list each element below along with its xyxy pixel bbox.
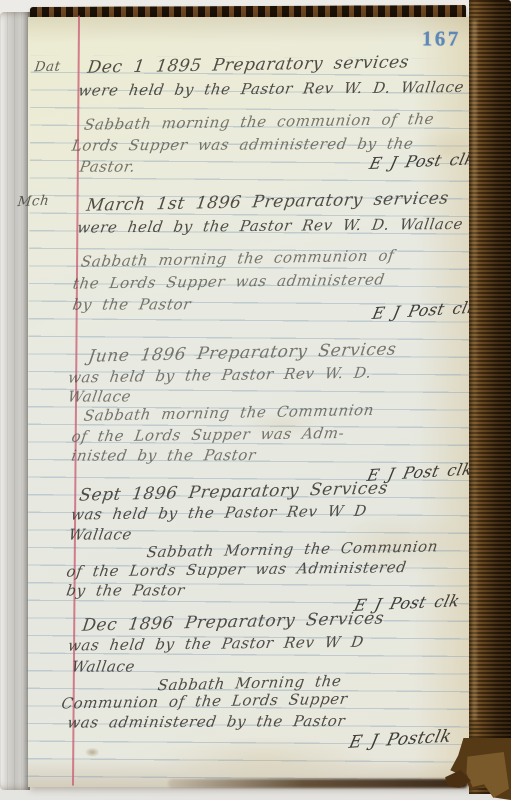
handwriting-line: Lords Supper was administered by the xyxy=(71,134,415,154)
handwriting-line: Wallace xyxy=(67,387,133,405)
handwriting-line: by the Pastor xyxy=(71,295,192,313)
margin-note: Mch xyxy=(17,193,51,211)
handwriting-line: Wallace xyxy=(68,525,134,543)
cover-highlight xyxy=(472,20,477,720)
ledger-page: 167 Dat Mch Dec 1 1895 Preparatory servi… xyxy=(28,17,474,787)
handwriting-line: Wallace xyxy=(71,657,137,675)
handwriting-line: by the Pastor xyxy=(65,581,186,599)
page-content: 167 Dat Mch Dec 1 1895 Preparatory servi… xyxy=(25,15,477,788)
handwriting-line: were held by the Pastor Rev W. D. Wallac… xyxy=(76,215,464,237)
handwriting-line: inisted by the Pastor xyxy=(70,446,257,464)
handwriting-line: Pastor. xyxy=(78,158,136,176)
ledger-book-scan: 167 Dat Mch Dec 1 1895 Preparatory servi… xyxy=(0,0,511,800)
page-bottom-shadow xyxy=(168,779,468,788)
handwriting-line: of the Lords Supper was Adm- xyxy=(70,424,345,446)
page-number-stamp: 167 xyxy=(422,26,461,51)
handwriting-line: was administered by the Pastor xyxy=(66,712,347,732)
margin-note: Dat xyxy=(34,59,62,76)
handwriting-line: were held by the Pastor Rev W. D. Wallac… xyxy=(77,78,465,100)
